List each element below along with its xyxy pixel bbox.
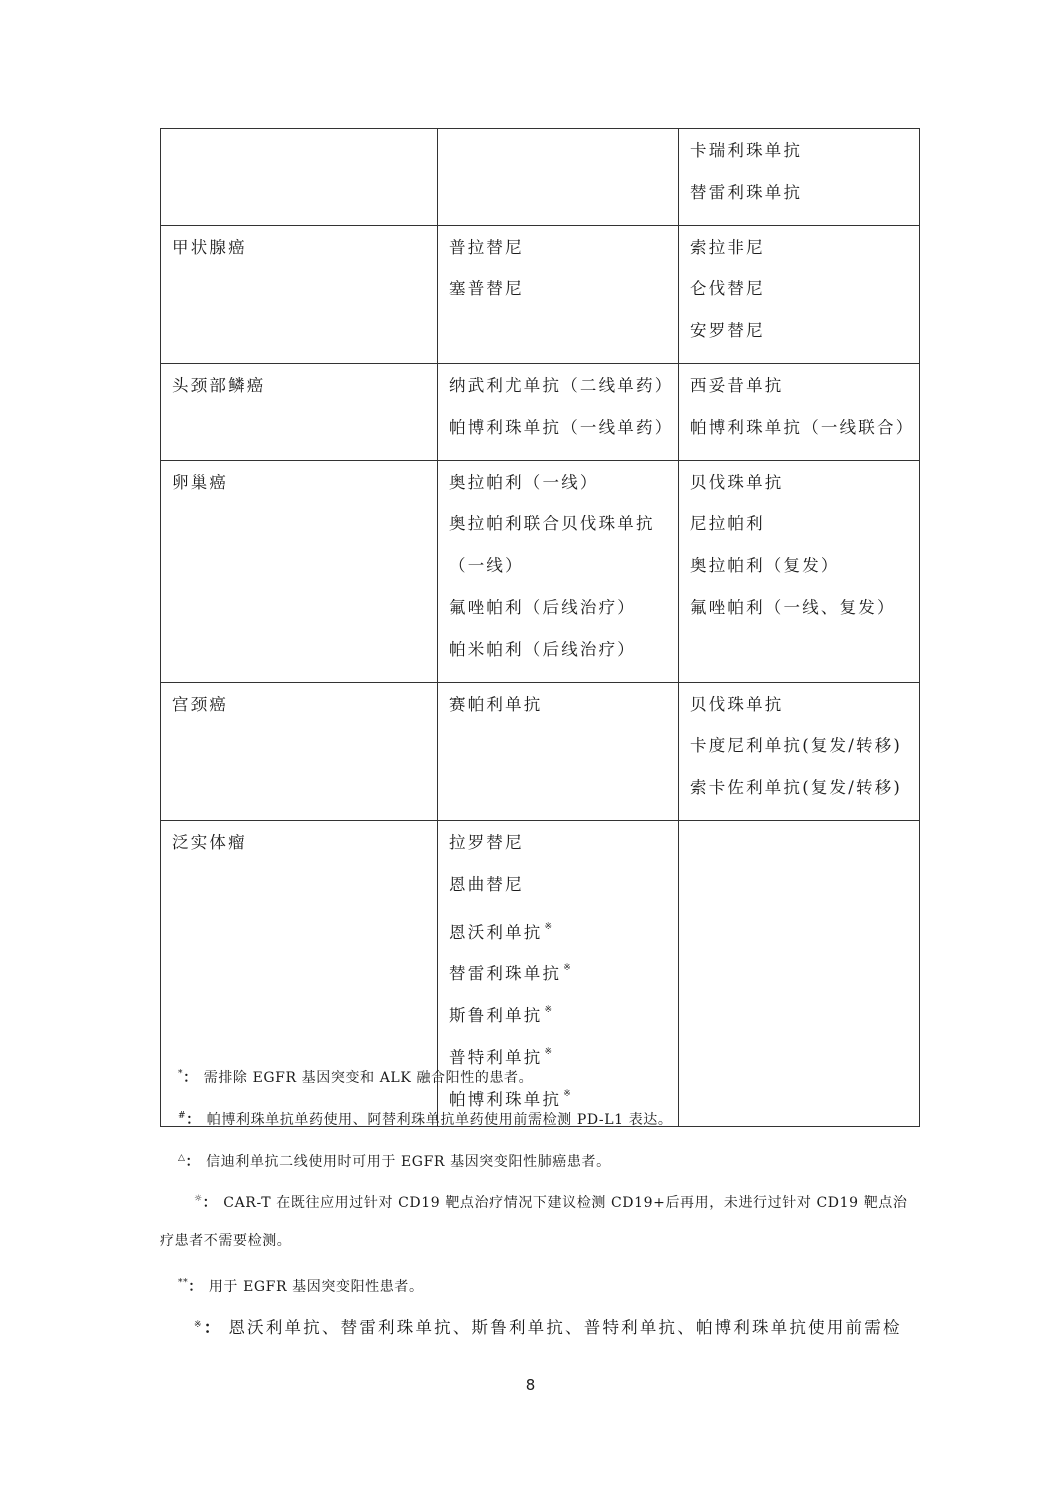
- drug-item: 奥拉帕利（一线）: [449, 469, 678, 511]
- drug-list-cell: 卡瑞利珠单抗 替雷利珠单抗: [679, 129, 920, 226]
- table-row: 宫颈癌 赛帕利单抗 贝伐珠单抗 卡度尼利单抗(复发/转移) 索卡佐利单抗(复发/…: [161, 682, 920, 820]
- drug-item: 赛帕利单抗: [449, 691, 678, 733]
- drug-indication-table: 卡瑞利珠单抗 替雷利珠单抗 甲状腺癌 普拉替尼 塞普替尼 索拉非尼 仑伐替尼 安…: [160, 128, 920, 1127]
- drug-item: 氟唑帕利（一线、复发）: [690, 594, 919, 636]
- drug-item: 拉罗替尼: [449, 829, 678, 871]
- footnotes: *：需排除 EGFR 基因突变和 ALK 融合阳性的患者。 #：帕博利珠单抗单药…: [160, 1060, 920, 1353]
- drug-item: 西妥昔单抗: [690, 372, 919, 414]
- footnote: *：需排除 EGFR 基因突变和 ALK 融合阳性的患者。: [160, 1060, 920, 1102]
- drug-item: 普拉替尼: [449, 234, 678, 276]
- footnote: ☼：CAR-T 在既往应用过针对 CD19 靶点治疗情况下建议检测 CD19+后…: [160, 1185, 920, 1227]
- drug-item: 贝伐珠单抗: [690, 469, 919, 511]
- drug-list-cell: 贝伐珠单抗 卡度尼利单抗(复发/转移) 索卡佐利单抗(复发/转移): [679, 682, 920, 820]
- footnote-marker: △: [178, 1153, 186, 1163]
- footnote-mark: ※: [545, 1047, 553, 1057]
- drug-item: 氟唑帕利（后线治疗）: [449, 594, 678, 636]
- table-row: 头颈部鳞癌 纳武利尤单抗（二线单药） 帕博利珠单抗（一线单药） 西妥昔单抗 帕博…: [161, 363, 920, 460]
- drug-list-cell: 贝伐珠单抗 尼拉帕利 奥拉帕利（复发） 氟唑帕利（一线、复发）: [679, 460, 920, 682]
- footnote-marker: #: [178, 1111, 186, 1121]
- drug-item: 奥拉帕利（复发）: [690, 552, 919, 594]
- drug-item: 恩曲替尼: [449, 871, 678, 913]
- drug-item: 卡度尼利单抗(复发/转移): [690, 732, 919, 774]
- drug-item: 尼拉帕利: [690, 510, 919, 552]
- drug-item: 恩沃利单抗※: [449, 913, 678, 955]
- cancer-type-cell: 头颈部鳞癌: [161, 363, 438, 460]
- drug-item: 帕博利珠单抗（一线单药）: [449, 414, 678, 456]
- table-row: 卡瑞利珠单抗 替雷利珠单抗: [161, 129, 920, 226]
- footnote-marker: ※: [194, 1320, 204, 1330]
- drug-list-cell: 赛帕利单抗: [438, 682, 679, 820]
- table-row: 卵巢癌 奥拉帕利（一线） 奥拉帕利联合贝伐珠单抗 （一线） 氟唑帕利（后线治疗）…: [161, 460, 920, 682]
- drug-item: 帕米帕利（后线治疗）: [449, 636, 678, 678]
- drug-list-cell: 奥拉帕利（一线） 奥拉帕利联合贝伐珠单抗 （一线） 氟唑帕利（后线治疗） 帕米帕…: [438, 460, 679, 682]
- drug-item: 索卡佐利单抗(复发/转移): [690, 774, 919, 816]
- drug-item: 帕博利珠单抗（一线联合）: [690, 414, 919, 456]
- drug-item: 斯鲁利单抗※: [449, 996, 678, 1038]
- drug-item: 替雷利珠单抗※: [449, 954, 678, 996]
- cancer-type-cell: 卵巢癌: [161, 460, 438, 682]
- footnote-continuation: 疗患者不需要检测。: [160, 1227, 920, 1269]
- footnote: △：信迪利单抗二线使用时可用于 EGFR 基因突变阳性肺癌患者。: [160, 1144, 920, 1186]
- drug-list-cell: [438, 129, 679, 226]
- drug-item: 安罗替尼: [690, 317, 919, 359]
- footnote: **：用于 EGFR 基因突变阳性患者。: [160, 1269, 920, 1311]
- footnote-mark: ※: [545, 922, 553, 932]
- drug-item: （一线）: [449, 552, 678, 594]
- drug-item: 仑伐替尼: [690, 275, 919, 317]
- drug-item: 塞普替尼: [449, 275, 678, 317]
- drug-item: 替雷利珠单抗: [690, 179, 919, 221]
- drug-list-cell: 索拉非尼 仑伐替尼 安罗替尼: [679, 225, 920, 363]
- drug-item: 奥拉帕利联合贝伐珠单抗: [449, 510, 678, 552]
- drug-item: 索拉非尼: [690, 234, 919, 276]
- table-row: 甲状腺癌 普拉替尼 塞普替尼 索拉非尼 仑伐替尼 安罗替尼: [161, 225, 920, 363]
- drug-list-cell: 普拉替尼 塞普替尼: [438, 225, 679, 363]
- cancer-type-cell: [161, 129, 438, 226]
- page-number: 8: [0, 1376, 1061, 1394]
- cancer-type-cell: 甲状腺癌: [161, 225, 438, 363]
- footnote-marker: ☼: [194, 1194, 203, 1204]
- drug-list-cell: 纳武利尤单抗（二线单药） 帕博利珠单抗（一线单药）: [438, 363, 679, 460]
- footnote: #：帕博利珠单抗单药使用、阿替利珠单抗单药使用前需检测 PD-L1 表达。: [160, 1102, 920, 1144]
- cancer-type-cell: 宫颈癌: [161, 682, 438, 820]
- footnote-mark: ※: [545, 1005, 553, 1015]
- footnote-mark: ※: [563, 963, 571, 973]
- footnote: ※：恩沃利单抗、替雷利珠单抗、斯鲁利单抗、普特利单抗、帕博利珠单抗使用前需检: [160, 1311, 920, 1353]
- drug-item: 贝伐珠单抗: [690, 691, 919, 733]
- drug-item: 纳武利尤单抗（二线单药）: [449, 372, 678, 414]
- document-page: 卡瑞利珠单抗 替雷利珠单抗 甲状腺癌 普拉替尼 塞普替尼 索拉非尼 仑伐替尼 安…: [0, 0, 1061, 1500]
- footnote-marker: **: [178, 1278, 188, 1288]
- drug-list-cell: 西妥昔单抗 帕博利珠单抗（一线联合）: [679, 363, 920, 460]
- drug-item: 卡瑞利珠单抗: [690, 137, 919, 179]
